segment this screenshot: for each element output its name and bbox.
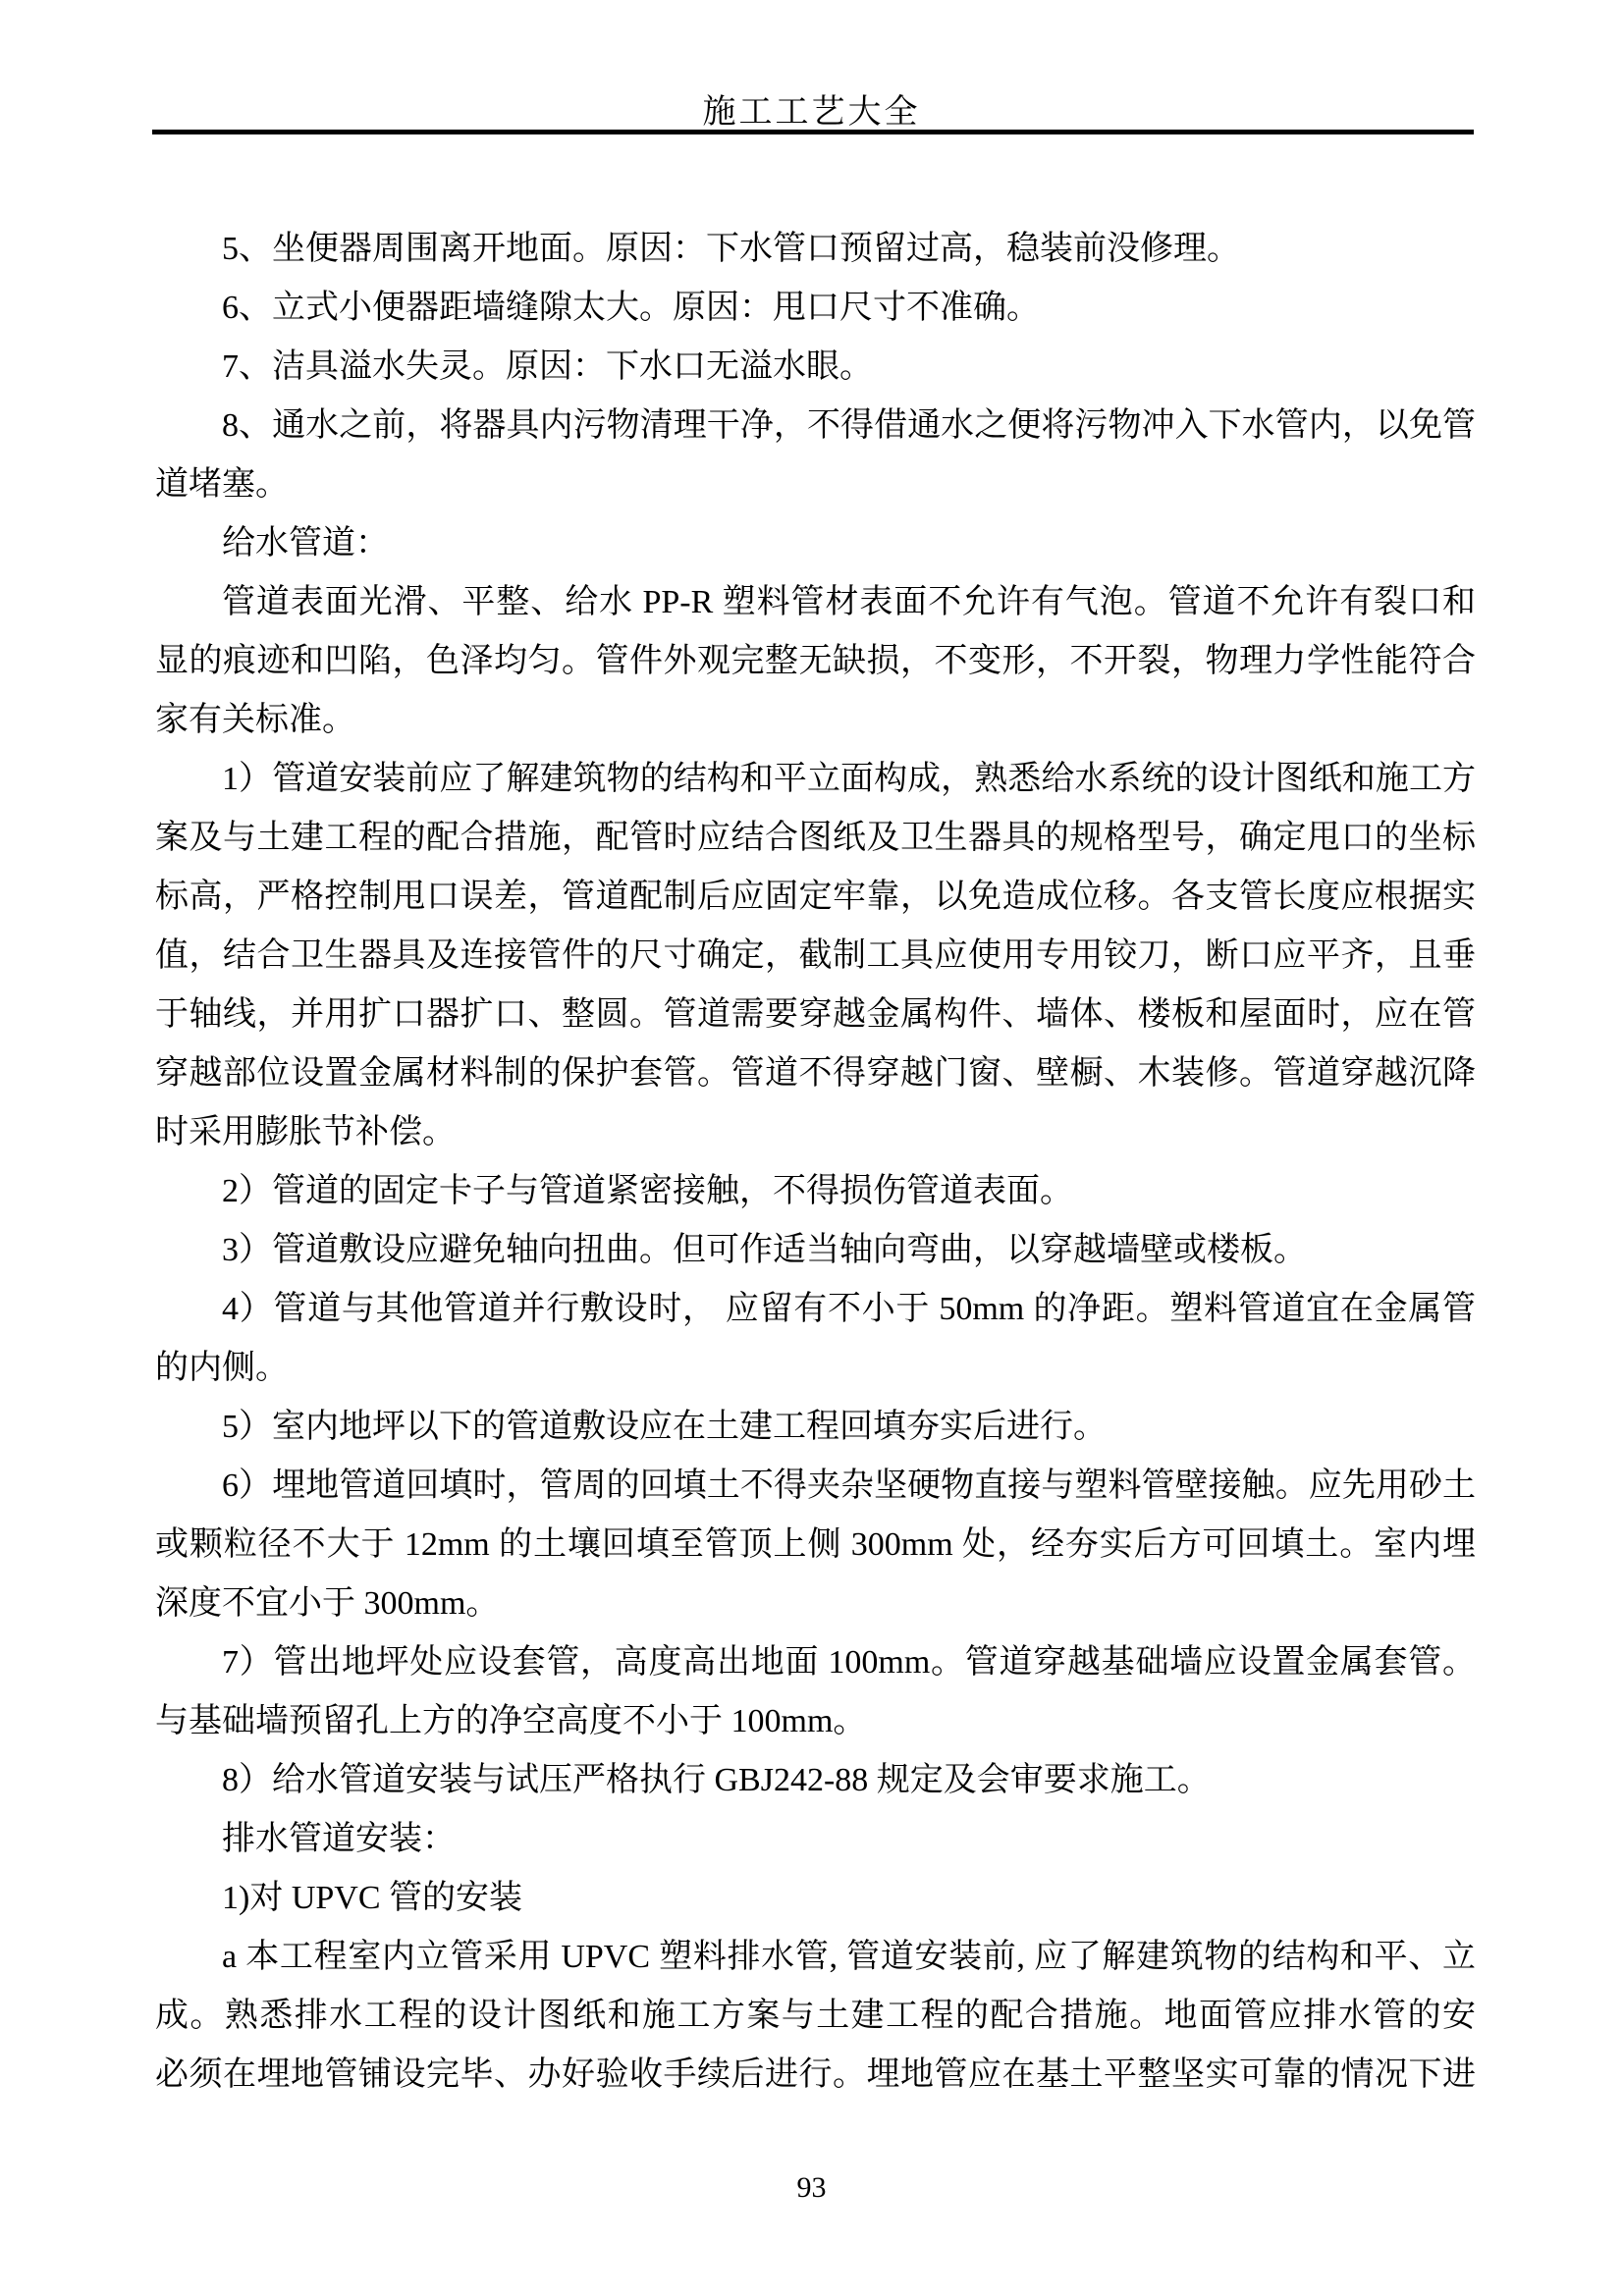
text-line: 值，结合卫生器具及连接管件的尺寸确定，截制工具应使用专用铰刀，断口应平齐，且垂直	[155, 927, 1476, 986]
text-line: 道堵塞。	[155, 455, 1476, 514]
text-line: 2）管道的固定卡子与管道紧密接触，不得损伤管道表面。	[155, 1162, 1476, 1221]
text-line: 必须在埋地管铺设完毕、办好验收手续后进行。埋地管应在基土平整坚实可靠的情况下进行	[155, 2046, 1476, 2105]
text-line: 1）管道安装前应了解建筑物的结构和平立面构成，熟悉给水系统的设计图纸和施工方	[155, 750, 1476, 809]
text-line: 5）室内地坪以下的管道敷设应在土建工程回填夯实后进行。	[155, 1398, 1476, 1457]
text-line: 与基础墙预留孔上方的净空高度不小于 100mm。	[155, 1692, 1476, 1751]
text-line: 成。熟悉排水工程的设计图纸和施工方案与土建工程的配合措施。地面管应排水管的安装，	[155, 1987, 1476, 2046]
text-line: 给水管道：	[155, 514, 1476, 573]
text-line: 穿越部位设置金属材料制的保护套管。管道不得穿越门窗、壁橱、木装修。管道穿越沉降缝	[155, 1044, 1476, 1103]
body-text: 5、坐便器周围离开地面。原因：下水管口预留过高，稳装前没修理。6、立式小便器距墙…	[155, 220, 1476, 2105]
page-number: 93	[0, 2171, 1623, 2205]
text-line: 8）给水管道安装与试压严格执行 GBJ242-88 规定及会审要求施工。	[155, 1751, 1476, 1810]
text-line: a 本工程室内立管采用 UPVC 塑料排水管, 管道安装前, 应了解建筑物的结构…	[155, 1928, 1476, 1987]
text-line: 深度不宜小于 300mm。	[155, 1575, 1476, 1633]
text-line: 6、立式小便器距墙缝隙太大。原因：甩口尺寸不准确。	[155, 279, 1476, 338]
text-line: 7、洁具溢水失灵。原因：下水口无溢水眼。	[155, 338, 1476, 397]
text-line: 家有关标准。	[155, 691, 1476, 750]
text-line: 1)对 UPVC 管的安装	[155, 1869, 1476, 1928]
text-line: 案及与土建工程的配合措施，配管时应结合图纸及卫生器具的规格型号，确定甩口的坐标及	[155, 809, 1476, 868]
text-line: 时采用膨胀节补偿。	[155, 1103, 1476, 1162]
text-line: 排水管道安装：	[155, 1810, 1476, 1869]
document-page: 施工工艺大全 5、坐便器周围离开地面。原因：下水管口预留过高，稳装前没修理。6、…	[0, 0, 1623, 2296]
text-line: 标高，严格控制甩口误差，管道配制后应固定牢靠，以免造成位移。各支管长度应根据实测	[155, 868, 1476, 927]
header-rule	[152, 130, 1474, 134]
text-line: 或颗粒径不大于 12mm 的土壤回填至管顶上侧 300mm 处，经夯实后方可回填…	[155, 1516, 1476, 1575]
text-line: 于轴线，并用扩口器扩口、整圆。管道需要穿越金属构件、墙体、楼板和屋面时，应在管道	[155, 986, 1476, 1044]
text-line: 5、坐便器周围离开地面。原因：下水管口预留过高，稳装前没修理。	[155, 220, 1476, 279]
text-line: 的内侧。	[155, 1339, 1476, 1398]
text-line: 8、通水之前，将器具内污物清理干净，不得借通水之便将污物冲入下水管内，以免管	[155, 397, 1476, 455]
page-header-title: 施工工艺大全	[0, 84, 1623, 133]
text-line: 管道表面光滑、平整、给水 PP-R 塑料管材表面不允许有气泡。管道不允许有裂口和…	[155, 573, 1476, 632]
text-line: 4）管道与其他管道并行敷设时， 应留有不小于 50mm 的净距。塑料管道宜在金属…	[155, 1280, 1476, 1339]
text-line: 6）埋地管道回填时，管周的回填土不得夹杂坚硬物直接与塑料管壁接触。应先用砂土	[155, 1457, 1476, 1516]
text-line: 3）管道敷设应避免轴向扭曲。但可作适当轴向弯曲，以穿越墙壁或楼板。	[155, 1221, 1476, 1280]
text-line: 7）管出地坪处应设套管，高度高出地面 100mm。管道穿越基础墙应设置金属套管。…	[155, 1633, 1476, 1692]
text-line: 显的痕迹和凹陷，色泽均匀。管件外观完整无缺损，不变形，不开裂，物理力学性能符合国	[155, 632, 1476, 691]
